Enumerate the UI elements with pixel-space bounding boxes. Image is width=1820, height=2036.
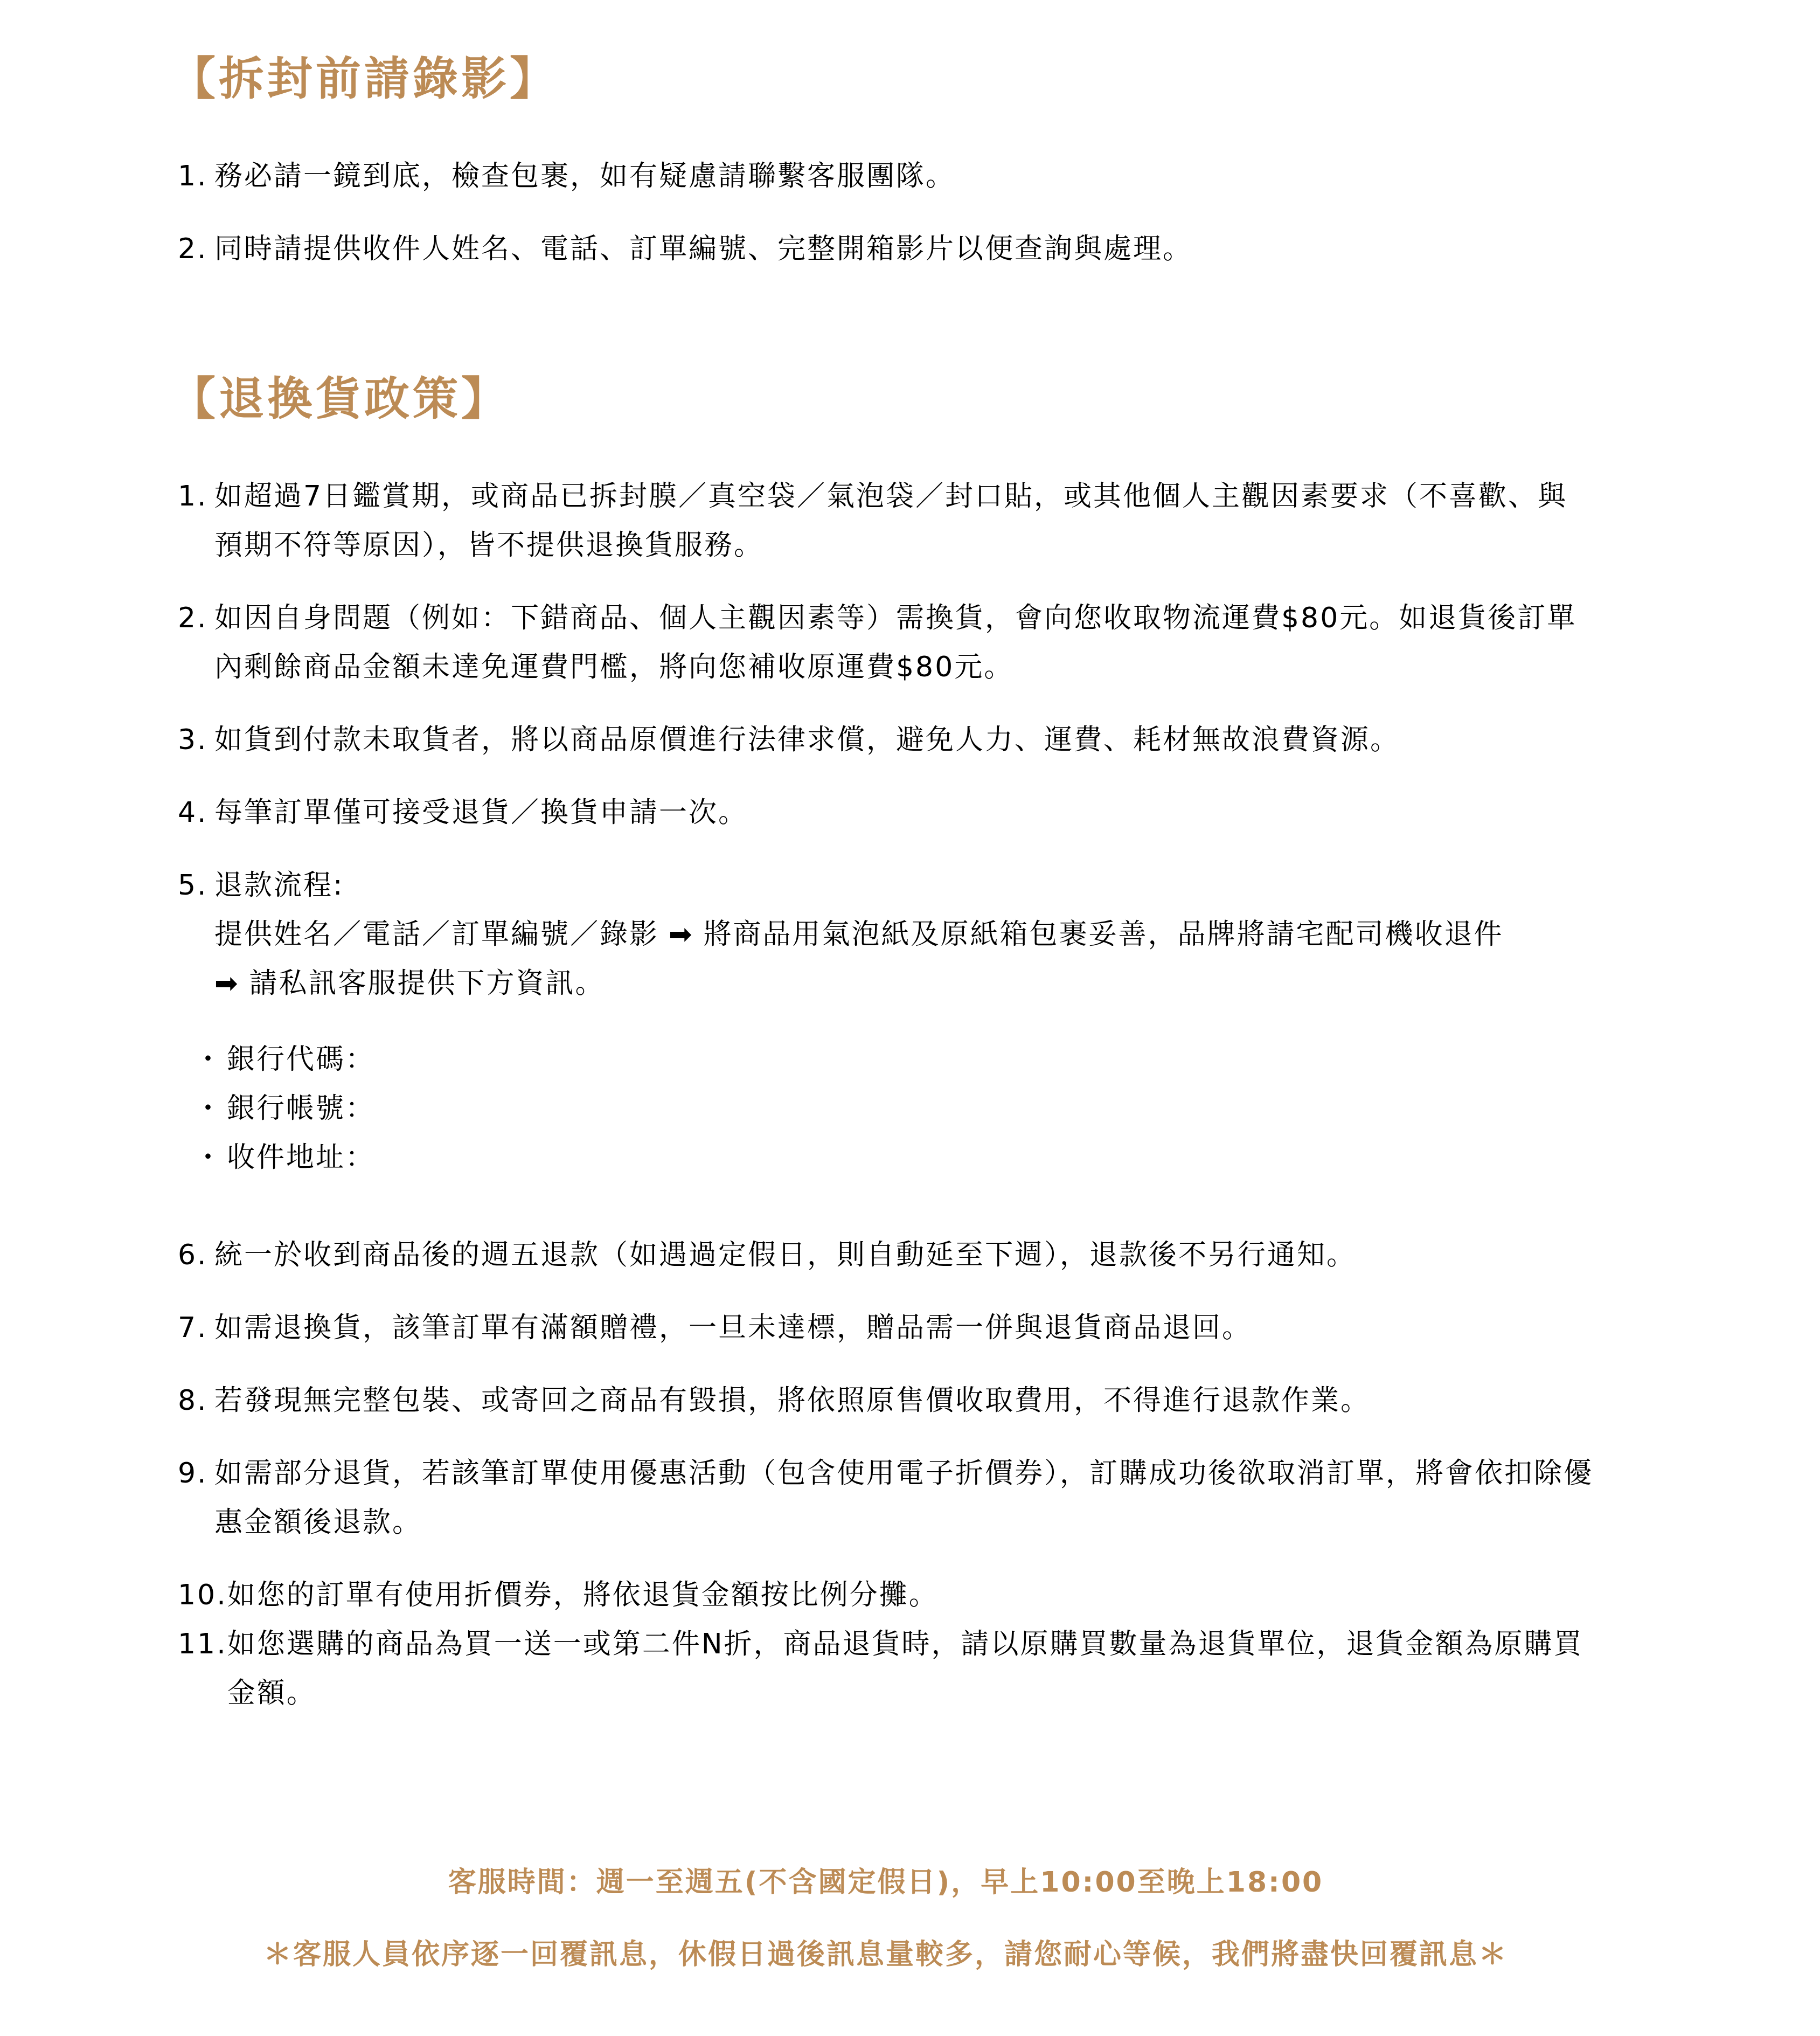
refund-info-list: ・銀行代碼： ・銀行帳號： ・收件地址： xyxy=(178,1035,1594,1182)
item-text: 如因自身問題（例如：下錯商品、個人主觀因素等）需換貨，會向您收取物流運費$80元… xyxy=(214,594,1594,692)
return-policy-document: 【拆封前請錄影】 1. 務必請一鏡到底，檢查包裹，如有疑慮請聯繫客服團隊。 2.… xyxy=(0,0,1820,2036)
item-number: 3. xyxy=(178,716,214,765)
item-number: 8. xyxy=(178,1376,214,1425)
item-number: 5. xyxy=(178,861,214,910)
policy-item: 11. 如您選購的商品為買一送一或第二件N折，商品退貨時，請以原購買數量為退貨單… xyxy=(178,1620,1594,1718)
footer-reply-notice: ＊客服人員依序逐一回覆訊息，休假日過後訊息量較多，請您耐心等候，我們將盡快回覆訊… xyxy=(178,1930,1594,1979)
section-title-unboxing: 【拆封前請錄影】 xyxy=(170,56,1594,101)
item-number: 6. xyxy=(178,1231,214,1280)
refund-flow-step-1: 提供姓名／電話／訂單編號／錄影 xyxy=(214,918,659,951)
section-unboxing-video: 【拆封前請錄影】 1. 務必請一鏡到底，檢查包裹，如有疑慮請聯繫客服團隊。 2.… xyxy=(178,56,1594,274)
item-number: 11. xyxy=(178,1620,227,1669)
policy-item: 1. 務必請一鏡到底，檢查包裹，如有疑慮請聯繫客服團隊。 xyxy=(178,152,1594,201)
item-text: 若發現無完整包裝、或寄回之商品有毀損，將依照原售價收取費用，不得進行退款作業。 xyxy=(214,1376,1594,1425)
item-number: 2. xyxy=(178,225,214,274)
policy-item: 7. 如需退換貨，該筆訂單有滿額贈禮，一旦未達標，贈品需一併與退貨商品退回。 xyxy=(178,1304,1594,1353)
policy-item: 2. 同時請提供收件人姓名、電話、訂單編號、完整開箱影片以便查詢與處理。 xyxy=(178,225,1594,274)
item-text: 如超過7日鑑賞期，或商品已拆封膜／真空袋／氣泡袋／封口貼，或其他個人主觀因素要求… xyxy=(214,472,1594,570)
refund-flow-step-3: 請私訊客服提供下方資訊。 xyxy=(249,967,605,1000)
bullet-dot: ・ xyxy=(194,1092,224,1125)
policy-item: 9. 如需部分退貨，若該筆訂單使用優惠活動（包含使用電子折價券），訂購成功後欲取… xyxy=(178,1449,1594,1547)
item-number: 1. xyxy=(178,152,214,201)
refund-flow-step-2: 將商品用氣泡紙及原紙箱包裹妥善，品牌將請宅配司機收退件 xyxy=(704,918,1504,951)
refund-flow-title: 退款流程: xyxy=(214,861,1594,910)
item-text: 如貨到付款未取貨者，將以商品原價進行法律求償，避免人力、運費、耗材無故浪費資源。 xyxy=(214,716,1594,765)
arrow-right-icon: ➡ xyxy=(214,959,240,1008)
item-number: 2. xyxy=(178,594,214,643)
bullet-label: 收件地址： xyxy=(227,1141,375,1174)
bullet-dot: ・ xyxy=(194,1043,224,1076)
refund-flow-steps: ➡請私訊客服提供下方資訊。 xyxy=(178,959,1594,1008)
item-text: 如需退換貨，該筆訂單有滿額贈禮，一旦未達標，贈品需一併與退貨商品退回。 xyxy=(214,1304,1594,1353)
policy-item: 1. 如超過7日鑑賞期，或商品已拆封膜／真空袋／氣泡袋／封口貼，或其他個人主觀因… xyxy=(178,472,1594,570)
policy-item: 8. 若發現無完整包裝、或寄回之商品有毀損，將依照原售價收取費用，不得進行退款作… xyxy=(178,1376,1594,1425)
arrow-right-icon: ➡ xyxy=(669,910,694,959)
policy-item: 10. 如您的訂單有使用折價券，將依退貨金額按比例分攤。 xyxy=(178,1571,1594,1620)
bullet-label: 銀行代碼： xyxy=(227,1043,375,1076)
item-number: 4. xyxy=(178,788,214,837)
item-text: 如您的訂單有使用折價券，將依退貨金額按比例分攤。 xyxy=(227,1571,1594,1620)
footer-service-hours: 客服時間：週一至週五(不含國定假日)，早上10:00至晚上18:00 xyxy=(178,1858,1594,1907)
item-text: 每筆訂單僅可接受退貨／換貨申請一次。 xyxy=(214,788,1594,837)
section-title-return-policy: 【退換貨政策】 xyxy=(170,376,1594,421)
bullet-bank-account: ・銀行帳號： xyxy=(194,1084,1594,1133)
item-number: 1. xyxy=(178,472,214,521)
item-text: 同時請提供收件人姓名、電話、訂單編號、完整開箱影片以便查詢與處理。 xyxy=(214,225,1594,274)
item-text: 如需部分退貨，若該筆訂單使用優惠活動（包含使用電子折價券），訂購成功後欲取消訂單… xyxy=(214,1449,1594,1547)
item-text: 如您選購的商品為買一送一或第二件N折，商品退貨時，請以原購買數量為退貨單位，退貨… xyxy=(227,1620,1594,1718)
policy-item-refund-flow: 5. 退款流程: xyxy=(178,861,1594,910)
refund-flow-steps: 提供姓名／電話／訂單編號／錄影➡將商品用氣泡紙及原紙箱包裹妥善，品牌將請宅配司機… xyxy=(178,910,1594,959)
footer: 客服時間：週一至週五(不含國定假日)，早上10:00至晚上18:00 ＊客服人員… xyxy=(178,1858,1594,1979)
item-number: 9. xyxy=(178,1449,214,1498)
item-text: 務必請一鏡到底，檢查包裹，如有疑慮請聯繫客服團隊。 xyxy=(214,152,1594,201)
bullet-label: 銀行帳號： xyxy=(227,1092,375,1125)
bullet-shipping-address: ・收件地址： xyxy=(194,1133,1594,1182)
policy-item: 2. 如因自身問題（例如：下錯商品、個人主觀因素等）需換貨，會向您收取物流運費$… xyxy=(178,594,1594,692)
policy-item: 6. 統一於收到商品後的週五退款（如遇過定假日，則自動延至下週），退款後不另行通… xyxy=(178,1231,1594,1280)
section-return-policy: 【退換貨政策】 1. 如超過7日鑑賞期，或商品已拆封膜／真空袋／氣泡袋／封口貼，… xyxy=(178,376,1594,1718)
item-number: 7. xyxy=(178,1304,214,1353)
policy-item: 3. 如貨到付款未取貨者，將以商品原價進行法律求償，避免人力、運費、耗材無故浪費… xyxy=(178,716,1594,765)
policy-item: 4. 每筆訂單僅可接受退貨／換貨申請一次。 xyxy=(178,788,1594,837)
bullet-dot: ・ xyxy=(194,1141,224,1174)
bullet-bank-code: ・銀行代碼： xyxy=(194,1035,1594,1084)
item-number: 10. xyxy=(178,1571,227,1620)
item-text: 統一於收到商品後的週五退款（如遇過定假日，則自動延至下週），退款後不另行通知。 xyxy=(214,1231,1594,1280)
